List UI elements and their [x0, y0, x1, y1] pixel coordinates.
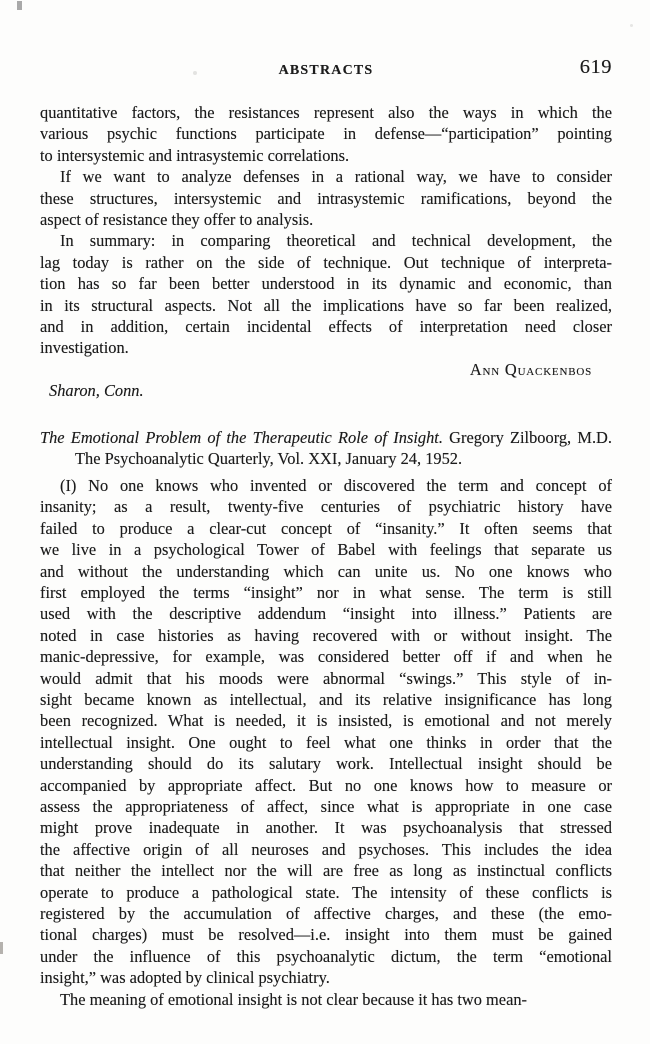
running-title: ABSTRACTS	[279, 63, 374, 78]
text-line: In summary: in comparing theoretical and…	[40, 230, 612, 251]
text-line: understanding should do its salutary wor…	[40, 753, 612, 774]
text-line: would admit that his moods were abnormal…	[40, 668, 612, 689]
text-line: manic-depressive, for example, was consi…	[40, 646, 612, 667]
text-line: used with the descriptive addendum “insi…	[40, 603, 612, 624]
text-line: tional charges) must be resolved—i.e. in…	[40, 924, 612, 945]
text-line: quantitative factors, the resistances re…	[40, 102, 612, 123]
text-line: failed to produce a clear-cut concept of…	[40, 518, 612, 539]
text-line: in its structural aspects. Not all the i…	[40, 295, 612, 316]
text-line: registered by the accumulation of affect…	[40, 903, 612, 924]
text-line: and in addition, certain incidental effe…	[40, 316, 612, 337]
text-line: first employed the terms “insight” nor i…	[40, 582, 612, 603]
scan-artifact	[630, 24, 633, 27]
text-line: assess the appropriateness of affect, si…	[40, 796, 612, 817]
text-line: operate to produce a pathological state.…	[40, 882, 612, 903]
abstract-2-title: The Emotional Problem of the Therapeutic…	[40, 428, 443, 447]
text-line: (I) No one knows who invented or discove…	[40, 475, 612, 496]
text-line: been recognized. What is needed, it is i…	[40, 710, 612, 731]
text-line: these structures, intersystemic and intr…	[40, 188, 612, 209]
text-line: investigation.	[40, 337, 612, 358]
text-line: The meaning of emotional insight is not …	[40, 989, 612, 1010]
abstract-1-signature: Ann Quackenbos	[40, 359, 612, 380]
text-line: that neither the intellect nor the will …	[40, 860, 612, 881]
page-content: quantitative factors, the resistances re…	[40, 102, 612, 1010]
page-number: 619	[580, 56, 612, 79]
text-line: insanity; as a result, twenty-five centu…	[40, 496, 612, 517]
text-line: aspect of resistance they offer to analy…	[40, 209, 612, 230]
page-header: ABSTRACTS 619	[40, 0, 612, 81]
text-line: to intersystemic and intrasystemic corre…	[40, 145, 612, 166]
text-line: tion has so far been better understood i…	[40, 273, 612, 294]
text-line: and without the understanding which can …	[40, 561, 612, 582]
text-line: lag today is rather on the side of techn…	[40, 252, 612, 273]
text-line: under the influence of this psychoanalyt…	[40, 946, 612, 967]
text-line: If we want to analyze defenses in a rati…	[40, 166, 612, 187]
text-line: the affective origin of all neuroses and…	[40, 839, 612, 860]
text-line: accompanied by appropriate affect. But n…	[40, 775, 612, 796]
text-line: insight,” was adopted by clinical psychi…	[40, 967, 612, 988]
text-line: intellectual insight. One ought to feel …	[40, 732, 612, 753]
abstract-2-paragraphs: (I) No one knows who invented or discove…	[40, 475, 612, 1010]
abstract-2-reference: The Emotional Problem of the Therapeutic…	[40, 427, 612, 470]
text-line: sight became known as intellectual, and …	[40, 689, 612, 710]
scan-artifact	[0, 942, 3, 954]
scan-artifact	[17, 1, 22, 10]
abstract-1-location: Sharon, Conn.	[40, 380, 612, 401]
scanned-journal-page: ABSTRACTS 619 quantitative factors, the …	[0, 0, 650, 1044]
text-line: might prove inadequate in another. It wa…	[40, 817, 612, 838]
text-line: we live in a psychological Tower of Babe…	[40, 539, 612, 560]
abstract-1-paragraphs: quantitative factors, the resistances re…	[40, 102, 612, 359]
text-line: various psychic functions participate in…	[40, 123, 612, 144]
text-line: noted in case histories as having recove…	[40, 625, 612, 646]
